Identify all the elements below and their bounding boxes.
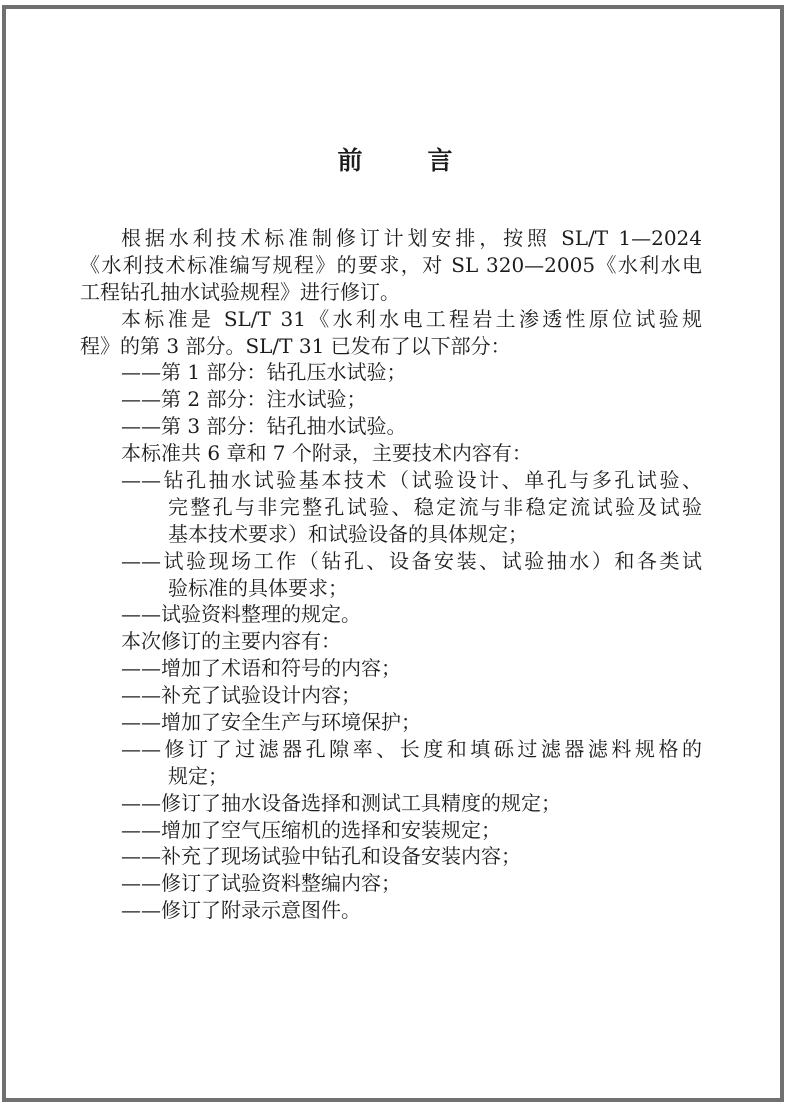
list-item: ——第 3 部分：钻孔抽水试验。 [80,413,702,440]
list-item: ——修订了抽水设备选择和测试工具精度的规定； [80,790,702,817]
list-item: ——增加了术语和符号的内容； [80,655,702,682]
paragraph-line: 工程钻孔抽水试验规程》进行修订。 [80,279,702,306]
list-item: ——补充了现场试验中钻孔和设备安装内容； [80,843,702,870]
document-body: 根据水利技术标准制修订计划安排，按照 SL/T 1—2024《水利技术标准编写规… [80,225,702,924]
list-item: ——增加了空气压缩机的选择和安装规定； [80,817,702,844]
paragraph-line: 根据水利技术标准制修订计划安排，按照 SL/T 1—2024 [80,225,702,252]
title-char-1: 前 [338,146,363,176]
list-item-continuation: 基本技术要求）和试验设备的具体规定； [80,521,702,548]
list-item-continuation: 完整孔与非完整孔试验、稳定流与非稳定流试验及试验 [80,494,702,521]
list-item: ——第 1 部分：钻孔压水试验； [80,359,702,386]
page-title: 前言 [0,146,790,176]
paragraph-line: 本标准共 6 章和 7 个附录，主要技术内容有： [80,440,702,467]
paragraph-line: 本标准是 SL/T 31《水利水电工程岩土渗透性原位试验规 [80,306,702,333]
paragraph-line: 《水利技术标准编写规程》的要求，对 SL 320—2005《水利水电 [80,252,702,279]
paragraph-line: 程》的第 3 部分。SL/T 31 已发布了以下部分： [80,333,702,360]
title-char-2: 言 [428,146,453,176]
list-item-continuation: 验标准的具体要求； [80,575,702,602]
paragraph-line: 本次修订的主要内容有： [80,628,702,655]
list-item: ——第 2 部分：注水试验； [80,386,702,413]
list-item: ——修订了过滤器孔隙率、长度和填砾过滤器滤料规格的 [80,736,702,763]
list-item: ——增加了安全生产与环境保护； [80,709,702,736]
list-item: ——试验现场工作（钻孔、设备安装、试验抽水）和各类试 [80,548,702,575]
list-item: ——修订了附录示意图件。 [80,897,702,924]
list-item: ——试验资料整理的规定。 [80,601,702,628]
list-item: ——补充了试验设计内容； [80,682,702,709]
list-item: ——修订了试验资料整编内容； [80,870,702,897]
list-item: ——钻孔抽水试验基本技术（试验设计、单孔与多孔试验、 [80,467,702,494]
list-item-continuation: 规定； [80,763,702,790]
